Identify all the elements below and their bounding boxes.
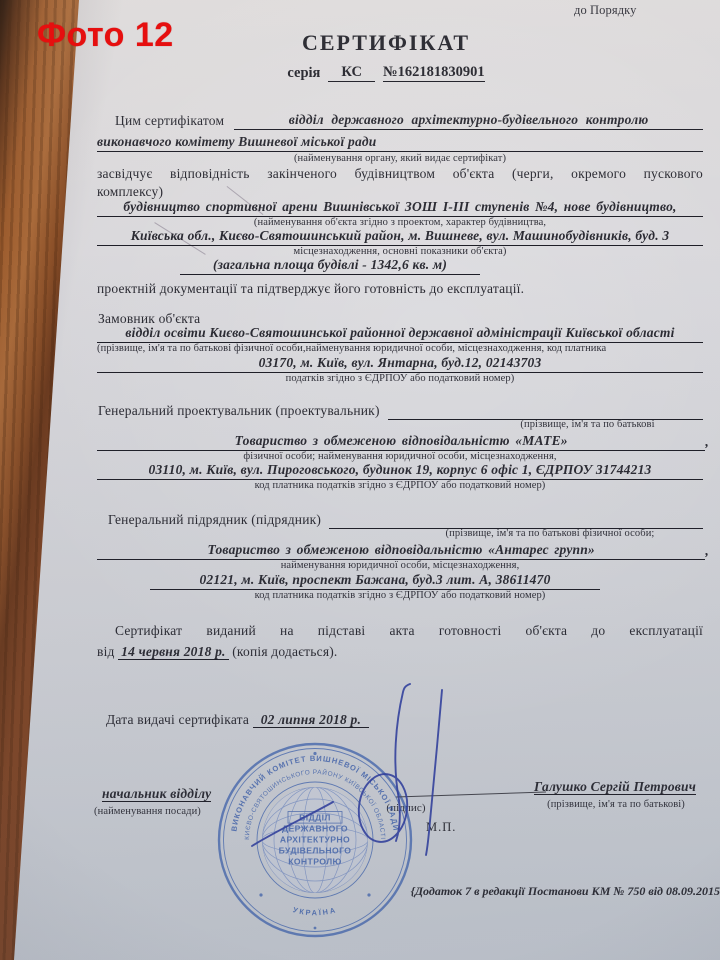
designer-address: 03110, м. Київ, вул. Пироговського, буди… [97,462,703,480]
contractor-name-line: Товариство з обмеженою відповідальністю … [97,542,709,560]
stamp-ring-bottom-text: УКРАЇНА [292,905,338,917]
series-label: серія [287,65,320,82]
object-name-line: будівництво спортивної арени Вишнівської… [97,199,703,217]
signer-position: начальник відділу [102,786,211,802]
contractor-caption-1: (прізвище, ім'я та по батькові фізичної … [400,528,700,541]
readiness-line: проектній документації та підтверджує йо… [97,281,703,298]
basis-line-2: від 14 червня 2018 р. (копія додається). [97,644,338,661]
customer-name: відділ освіти Києво-Святошинської районн… [97,325,703,343]
issuer-caption: (найменування органу, який видає сертифі… [97,153,703,166]
contractor-label: Генеральний підрядник (підрядник) [108,512,329,529]
basis-prefix: від [97,644,115,659]
series-value: КС [328,64,375,82]
designer-label-line: Генеральний проектувальник (проектувальн… [98,402,703,420]
designer-blank [388,402,703,420]
signer-position-caption: (найменування посади) [94,806,201,819]
customer-caption-2: податків згідно з ЄДРПОУ або податковий … [97,373,703,386]
basis-suffix: (копія додається). [232,644,337,659]
certificate-number: №162181830901 [383,64,485,82]
issuer-line-1: Цим сертифікатом відділ державного архіт… [97,112,703,130]
customer-name-line: відділ освіти Києво-Святошинської районн… [97,325,703,343]
photo-of-certificate: { "photo_label": "Фото 12", "corner_note… [0,0,720,960]
contractor-name-comma: , [705,543,709,560]
customer-address-line: 03170, м. Київ, вул. Янтарна, буд.12, 02… [97,355,703,373]
certificate-paper: до Порядку СЕРТИФІКАТ серія КС №16218183… [0,0,720,960]
issue-label: Дата видачі сертифіката [106,712,249,727]
designer-caption-1: (прізвище, ім'я та по батькові [470,419,705,432]
photo-number-label: Фото 12 [37,16,174,55]
contractor-name: Товариство з обмеженою відповідальністю … [97,542,705,560]
certifies-line-1: засвідчує відповідність закінченого буді… [97,166,703,183]
basis-line-1: Сертифікат виданий на підставі акта гото… [97,623,703,640]
designer-address-line: 03110, м. Київ, вул. Пироговського, буди… [97,462,703,480]
designer-label: Генеральний проектувальник (проектувальн… [98,403,388,420]
signature-ink [230,660,570,880]
object-location-line: Київська обл., Києво-Святошинський район… [97,228,703,246]
designer-name: Товариство з обмеженою відповідальністю … [97,433,705,451]
object-location: Київська обл., Києво-Святошинський район… [97,228,703,246]
contractor-caption-2: найменування юридичної особи, місцезнахо… [97,560,703,573]
corner-note: до Порядку [574,3,637,18]
contractor-address: 02121, м. Київ, проспект Бажана, буд.3 л… [150,572,600,590]
series-line: серія КС №162181830901 [66,64,706,82]
contractor-blank [329,511,703,529]
issuer-name-part2: виконавчого комітету Вишневої міської ра… [97,134,703,152]
footnote: {Додаток 7 в редакції Постанови КМ № 750… [368,884,720,899]
customer-caption-1: (прізвище, ім'я та по батькові фізичної … [97,343,703,356]
issuer-name-part1: відділ державного архітектурно-будівельн… [234,112,703,130]
customer-address: 03170, м. Київ, вул. Янтарна, буд.12, 02… [97,355,703,373]
contractor-caption-3: код платника податків згідно з ЄДРПОУ аб… [97,590,703,603]
object-name: будівництво спортивної арени Вишнівської… [97,199,703,217]
svg-text:УКРАЇНА: УКРАЇНА [292,905,338,917]
object-area-line: (загальна площа будівлі - 1342,6 кв. м) [180,257,480,275]
signature-printed-line [396,792,546,797]
object-area: (загальна площа будівлі - 1342,6 кв. м) [180,257,480,275]
basis-date: 14 червня 2018 р. [118,644,228,660]
designer-caption-3: код платника податків згідно з ЄДРПОУ аб… [97,480,703,493]
contractor-address-line: 02121, м. Київ, проспект Бажана, буд.3 л… [150,572,600,590]
issuer-line-2: виконавчого комітету Вишневої міської ра… [97,134,703,152]
signer-position-line: начальник відділу [102,786,211,803]
contractor-label-line: Генеральний підрядник (підрядник) [108,511,703,529]
designer-name-line: Товариство з обмеженою відповідальністю … [97,433,709,451]
designer-name-comma: , [705,434,709,451]
issued-by-prefix: Цим сертифікатом [97,113,234,130]
